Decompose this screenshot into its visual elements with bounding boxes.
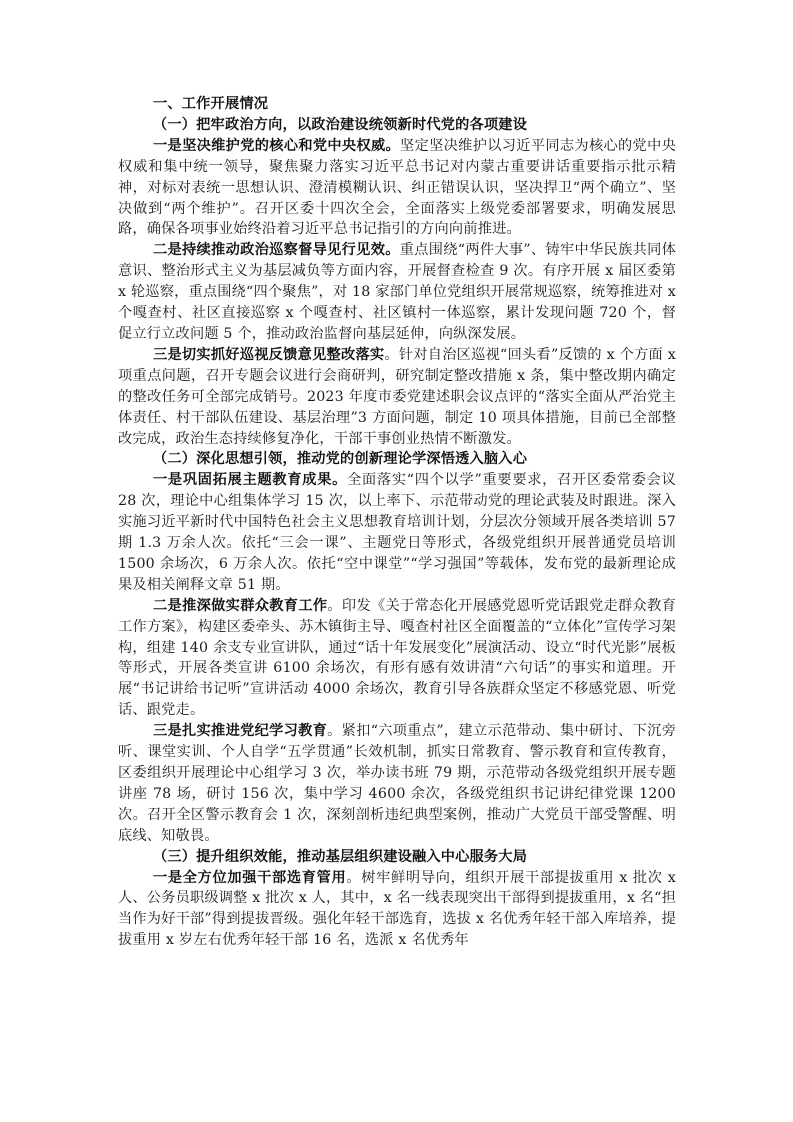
paragraph-lead: 一是全方位加强干部选育管用 [153,870,346,886]
paragraph: 二是持续推动政治巡察督导见行见效。重点围绕“两件大事”、铸牢中华民族共同体意识、… [118,240,676,345]
paragraph-lead: 三是扎实推进党纪学习教育 [153,723,327,739]
paragraph: 一是坚决维护党的核心和党中央权威。坚定坚决维护以习近平同志为核心的党中央权威和集… [118,136,676,241]
paragraph: 三是扎实推进党纪学习教育。紧扣“六项重点”，建立示范带动、集中研讨、下沉旁听、课… [118,721,676,846]
paragraph-body: 。印发《关于常态化开展感党恩听党话跟党走群众教育工作方案》，构建区委牵头、苏木镇… [118,598,676,719]
document-page: 一、工作开展情况 （一）把牢政治方向，以政治建设统领新时代党的各项建设 一是坚决… [118,94,676,951]
paragraph: 一是巩固拓展主题教育成果。全面落实“四个以学”重要要求，召开区委常委会议 28 … [118,470,676,595]
paragraph-lead: 一是巩固拓展主题教育成果。 [153,472,347,488]
paragraph-lead: 三是切实抓好巡视反馈意见整改落实 [153,347,384,363]
paragraph: 二是推深做实群众教育工作。印发《关于常态化开展感党恩听党话跟党走群众教育工作方案… [118,596,676,721]
paragraph: 三是切实抓好巡视反馈意见整改落实。针对自治区巡视“回头看”反馈的 x 个方面 x… [118,345,676,450]
paragraph-lead: 一是坚决维护党的核心和党中央权威。 [153,138,400,154]
paragraph-lead: 二是推深做实群众教育工作 [153,598,327,614]
paragraph-lead: 二是持续推动政治巡察督导见行见效。 [153,242,400,258]
paragraph-body: 。紧扣“六项重点”，建立示范带动、集中研讨、下沉旁听、课堂实训、个人自学“五学贯… [118,723,676,844]
subsection-heading-2: （二）深化思想引领，推动党的创新理论学深悟透入脑入心 [118,449,676,470]
section-title: 一、工作开展情况 [118,94,676,115]
paragraph: 一是全方位加强干部选育管用。树牢鲜明导向，组织开展干部提拔重用 x 批次 x 人… [118,868,676,952]
subsection-heading-1: （一）把牢政治方向，以政治建设统领新时代党的各项建设 [118,115,676,136]
subsection-heading-3: （三）提升组织效能，推动基层组织建设融入中心服务大局 [118,847,676,868]
paragraph-body: 全面落实“四个以学”重要要求，召开区委常委会议 28 次，理论中心组集体学习 1… [118,472,676,593]
